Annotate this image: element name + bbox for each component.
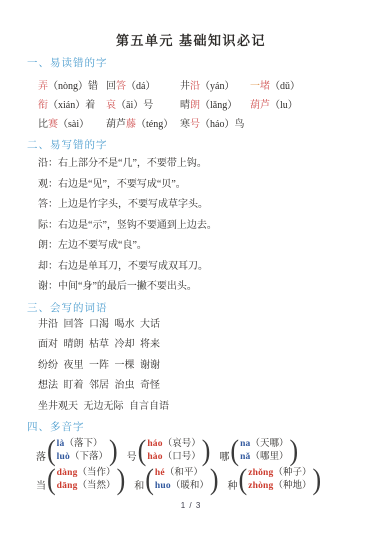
polyphonic-char: 当	[36, 477, 46, 492]
right-brace: )	[290, 436, 299, 465]
word-text: （xián）着	[48, 100, 95, 111]
pinyin-text: hào	[147, 452, 162, 462]
word-text: （yán）	[200, 81, 234, 92]
word-item: 葫芦（lu）	[250, 99, 382, 112]
page-title: 第五单元 基础知识必记	[0, 0, 382, 49]
tip-line: 沿：右上部分不是“几”，不要带上钩。	[38, 154, 382, 175]
polyphonic-group-luo: 落 ( là（落下） luò（下落） )	[36, 438, 118, 464]
tip-line: 观：右边是“见”，不要写成“贝”。	[38, 175, 382, 196]
pinyin-text: dàng	[57, 468, 78, 478]
example-word: （天哪）	[251, 439, 289, 449]
highlighted-char: 一	[250, 81, 260, 92]
word-text: （dǔ）	[270, 81, 300, 92]
pronunciation-entry: zhòng（种地）	[248, 480, 311, 493]
section-header-miswritten-chars: 二、易写错的字	[27, 139, 382, 152]
example-word: （落下）	[64, 439, 102, 449]
pronunciation-entry: dāng（当然）	[57, 480, 116, 493]
example-word: （哀号）	[163, 439, 201, 449]
polyphonic-char: 哪	[219, 448, 229, 463]
pronunciation-entries: hé（和平） huo（暖和）	[154, 467, 210, 493]
polyphonic-group-dang: 当 ( dàng（当作） dāng（当然） )	[36, 467, 125, 493]
left-brace: (	[239, 465, 248, 494]
word-text: （dá）	[126, 81, 155, 92]
word-text: 井	[180, 81, 190, 92]
polyphonic-char: 落	[36, 448, 46, 463]
pronunciation-entries: háo（哀号） hào（口号）	[146, 438, 201, 464]
polyphonic-row: 当 ( dàng（当作） dāng（当然） ) 和 ( hé（和平） huo（暖…	[36, 467, 382, 493]
pinyin-text: huo	[155, 481, 171, 491]
word-text: （háo）鸟	[200, 119, 244, 130]
word-item: 一堵（dǔ）	[250, 80, 382, 93]
word-text: （sài）	[58, 119, 89, 130]
word-text: 葫芦	[106, 119, 126, 130]
highlighted-char: 哀	[106, 100, 116, 111]
pronunciation-entry: hào（口号）	[147, 451, 200, 464]
example-word: （种子）	[273, 468, 311, 478]
highlighted-char: 葫芦	[250, 100, 270, 111]
left-brace: (	[138, 436, 147, 465]
word-list-line: 想法 盯着 邻居 治虫 奇怪	[38, 376, 382, 397]
pronunciation-entry: nǎ（哪里）	[240, 451, 288, 464]
tip-line: 朗：左边不要写成“良”。	[38, 236, 382, 257]
pronunciation-entries: là（落下） luò（下落）	[56, 438, 109, 464]
word-text: （lu）	[270, 100, 298, 111]
example-word: （哪里）	[251, 452, 289, 462]
pronunciation-entry: dàng（当作）	[57, 467, 116, 480]
word-item: 回答（dá）	[106, 80, 180, 93]
pinyin-text: zhòng	[248, 481, 273, 491]
highlighted-char: 号	[190, 119, 200, 130]
word-item: 寒号（háo）鸟	[180, 118, 250, 131]
polyphonic-group-na: 哪 ( na（天哪） nǎ（哪里） )	[219, 438, 298, 464]
highlighted-char: 答	[116, 81, 126, 92]
left-brace: (	[47, 465, 56, 494]
example-word: （种地）	[273, 481, 311, 491]
right-brace: )	[117, 465, 126, 494]
section-header-misread-chars: 一、易读错的字	[27, 57, 382, 70]
right-brace: )	[210, 465, 219, 494]
pronunciation-entries: zhǒng（种子） zhòng（种地）	[247, 467, 312, 493]
polyphonic-char: 号	[127, 448, 137, 463]
pronunciation-entry: hé（和平）	[155, 467, 209, 480]
writing-tips-list: 沿：右上部分不是“几”，不要带上钩。 观：右边是“见”，不要写成“贝”。 答：上…	[38, 154, 382, 298]
word-item: 井沿（yán）	[180, 80, 250, 93]
tip-line: 却：右边是单耳刀，不要写成双耳刀。	[38, 257, 382, 278]
highlighted-char: 朗	[190, 100, 200, 111]
pronunciation-entry: luò（下落）	[57, 451, 108, 464]
example-word: （当然）	[78, 481, 116, 491]
highlighted-char: 弄	[38, 81, 48, 92]
tip-line: 答：上边是竹字头，不要写成草字头。	[38, 195, 382, 216]
word-item: 衔（xián）着	[38, 99, 106, 112]
polyphonic-row: 落 ( là（落下） luò（下落） ) 号 ( háo（哀号） hào（口号）…	[36, 438, 382, 464]
left-brace: (	[47, 436, 56, 465]
word-text: （nòng）错	[48, 81, 98, 92]
example-word: （口号）	[163, 452, 201, 462]
word-item: 弄（nòng）错	[38, 80, 106, 93]
word-list-line: 纷纷 夜里 一阵 一棵 谢谢	[38, 356, 382, 377]
word-text: 寒	[180, 119, 190, 130]
polyphonic-group-he: 和 ( hé（和平） huo（暖和） )	[134, 467, 218, 493]
pronunciation-entry: na（天哪）	[240, 438, 288, 451]
example-word: （和平）	[165, 468, 203, 478]
polyphonic-char: 种	[228, 477, 238, 492]
word-list-line: 坐井观天 无边无际 自言自语	[38, 397, 382, 418]
tip-line: 谢：中间“身”的最后一撇不要出头。	[38, 277, 382, 298]
pinyin-text: luò	[57, 452, 70, 462]
word-text: （lǎng）	[200, 100, 237, 111]
section-header-words-to-write: 三、会写的词语	[27, 302, 382, 315]
example-word: （下落）	[70, 452, 108, 462]
polyphonic-group-zhong: 种 ( zhǒng（种子） zhòng（种地） )	[228, 467, 322, 493]
pronunciation-entry: huo（暖和）	[155, 480, 209, 493]
word-list: 井沿 回答 口渴 喝水 大话 面对 晴朗 枯草 冷却 将来 纷纷 夜里 一阵 一…	[38, 315, 382, 418]
tip-line: 际：右边是“示”，竖钩不要通到上边去。	[38, 216, 382, 237]
pronunciation-entry: zhǒng（种子）	[248, 467, 311, 480]
highlighted-char: 衔	[38, 100, 48, 111]
word-list-line: 面对 晴朗 枯草 冷却 将来	[38, 335, 382, 356]
highlighted-char: 堵	[260, 81, 270, 92]
example-word: （当作）	[78, 468, 116, 478]
misread-words-grid: 弄（nòng）错 回答（dá） 井沿（yán） 一堵（dǔ） 衔（xián）着 …	[38, 80, 382, 131]
word-text: （āi）号	[116, 100, 153, 111]
word-item: 比赛（sài）	[38, 118, 106, 131]
pinyin-text: nǎ	[240, 452, 250, 462]
right-brace: )	[313, 465, 322, 494]
section-header-polyphonic-chars: 四、多音字	[27, 421, 382, 434]
word-item: 葫芦藤（téng）	[106, 118, 180, 131]
word-text: 比	[38, 119, 48, 130]
example-word: （暖和）	[171, 481, 209, 491]
highlighted-char: 赛	[48, 119, 58, 130]
word-text: 回	[106, 81, 116, 92]
pinyin-text: hé	[155, 468, 165, 478]
word-list-line: 井沿 回答 口渴 喝水 大话	[38, 315, 382, 336]
left-brace: (	[230, 436, 239, 465]
word-item: 哀（āi）号	[106, 99, 180, 112]
pronunciation-entries: dàng（当作） dāng（当然）	[56, 467, 117, 493]
word-text: （téng）	[136, 119, 173, 130]
pronunciation-entry: háo（哀号）	[147, 438, 200, 451]
right-brace: )	[109, 436, 118, 465]
right-brace: )	[202, 436, 211, 465]
pronunciation-entry: là（落下）	[57, 438, 108, 451]
left-brace: (	[145, 465, 154, 494]
pinyin-text: dāng	[57, 481, 78, 491]
pinyin-text: zhǒng	[248, 468, 273, 478]
highlighted-char: 沿	[190, 81, 200, 92]
polyphonic-char: 和	[134, 477, 144, 492]
pronunciation-entries: na（天哪） nǎ（哪里）	[239, 438, 289, 464]
word-text: 晴	[180, 100, 190, 111]
highlighted-char: 藤	[126, 119, 136, 130]
page-number: 1 / 3	[0, 501, 382, 510]
word-item: 晴朗（lǎng）	[180, 99, 250, 112]
pinyin-text: háo	[147, 439, 162, 449]
pinyin-text: na	[240, 439, 250, 449]
polyphonic-group-hao: 号 ( háo（哀号） hào（口号） )	[127, 438, 211, 464]
document-page: 第五单元 基础知识必记 一、易读错的字 弄（nòng）错 回答（dá） 井沿（y…	[0, 0, 382, 540]
